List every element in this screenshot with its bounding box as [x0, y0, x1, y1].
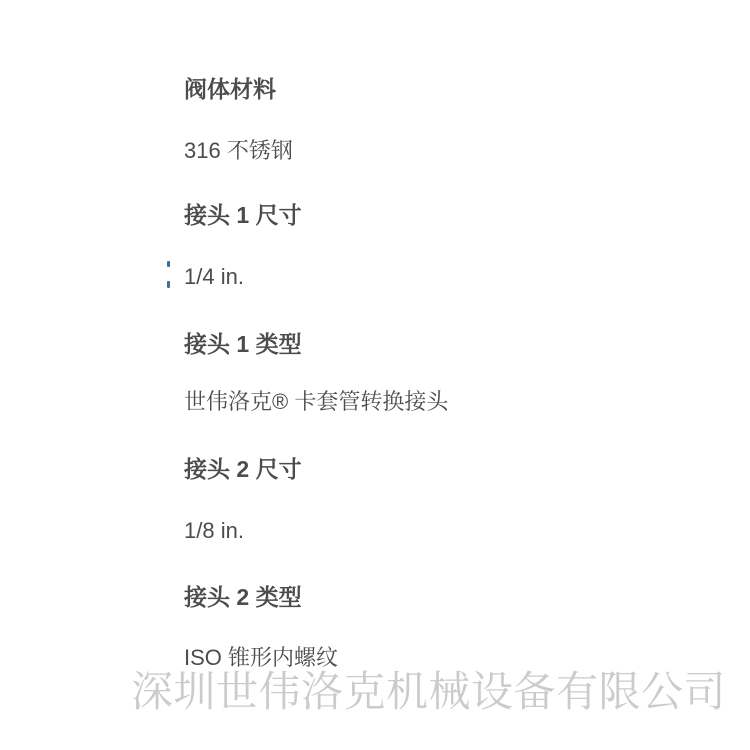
spec-label-connection1-type: 接头 1 类型 — [184, 331, 302, 359]
spec-label-connection2-size: 接头 2 尺寸 — [184, 456, 302, 484]
spec-label-connection1-size: 接头 1 尺寸 — [184, 202, 302, 230]
product-spec-page: 阀体材料 316 不锈钢 接头 1 尺寸 1/4 in. 接头 1 类型 世伟洛… — [0, 0, 750, 750]
text-cursor-artifact-icon — [167, 261, 170, 267]
watermark-company-name: 深圳世伟洛克机械设备有限公司 — [131, 671, 726, 713]
spec-value-connection2-size: 1/8 in. — [184, 518, 244, 544]
spec-value-body-material: 316 不锈钢 — [184, 138, 293, 164]
spec-value-connection1-type: 世伟洛克® 卡套管转换接头 — [184, 389, 448, 415]
spec-label-body-material: 阀体材料 — [184, 76, 276, 104]
text-cursor-artifact-icon — [167, 281, 170, 288]
spec-value-connection1-size: 1/4 in. — [184, 264, 244, 290]
spec-label-connection2-type: 接头 2 类型 — [184, 584, 302, 612]
